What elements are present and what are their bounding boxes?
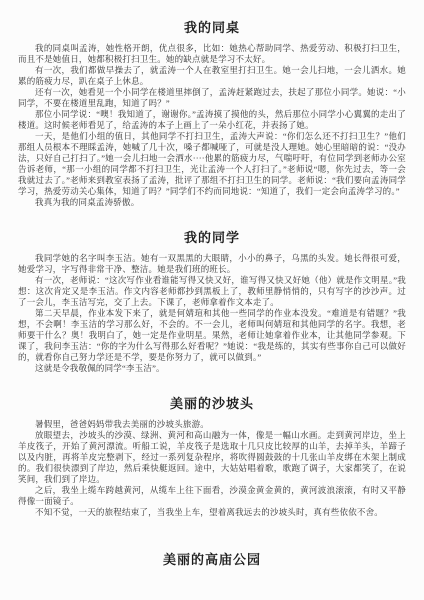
essay-title: 我的同学 [18, 230, 406, 246]
essay-title: 美丽的沙坡头 [18, 396, 406, 412]
essay-my-classmate: 我的同学 我同学她的名字叫李玉洁。她有一双黑黑的大眼睛，小小的鼻子，乌黑的头发。… [18, 230, 406, 374]
essay-paragraph: 那位小同学说：“噢！我知道了，谢谢你。”孟涛摸了摸他的头，然后那位小同学小心翼翼… [18, 109, 406, 131]
essay-paragraph: 这就是令我敬佩的同学“李玉洁”。 [18, 363, 406, 374]
essay-title: 我的同桌 [18, 20, 406, 36]
document-page: 我的同桌 我的同桌叫孟涛，她性格开朗，优点很多，比如：她热心帮助同学、热爱劳动、… [0, 0, 424, 600]
essay-paragraph: 之后，我坐上缆车跨越黄河，从缆车上往下面看，沙漠金黄金黄的，黄河波浪滚滚，有时又… [18, 485, 406, 507]
essay-paragraph: 第二天早晨，作业本发下来了，就是何婧瑄和其他一些同学的作业本没发。“难道是有错题… [18, 308, 406, 363]
essay-paragraph: 我同学她的名字叫李玉洁。她有一双黑黑的大眼睛，小小的鼻子，乌黑的头发。她长得很可… [18, 253, 406, 275]
essay-paragraph: 有一次，我们都做早操去了，就孟涛一个人在教室里打扫卫生。她一会儿扫地，一会儿洒水… [18, 65, 406, 87]
essay-beautiful-shapotou: 美丽的沙坡头 暑假里，爸爸妈妈带我去美丽的沙坡头旅游。 放眼望去，沙坡头的沙漠、… [18, 396, 406, 518]
essay-paragraph: 我真为我的同桌孟涛骄傲。 [18, 197, 406, 208]
essay-paragraph: 一天，是他们小组的值日，其他同学不打扫卫生，孟涛大声说：“你们怎么还不打扫卫生？… [18, 131, 406, 197]
essay-beautiful-gaomiao-park: 美丽的高庙公园 [18, 552, 406, 568]
essay-my-deskmate: 我的同桌 我的同桌叫孟涛，她性格开朗，优点很多，比如：她热心帮助同学、热爱劳动、… [18, 20, 406, 208]
essay-paragraph: 暑假里，爸爸妈妈带我去美丽的沙坡头旅游。 [18, 419, 406, 430]
essay-paragraph: 不知不觉，一天的旅程结束了，当我坐上车，望着离我远去的沙坡头时，真有些依依不舍。 [18, 507, 406, 518]
essay-paragraph: 放眼望去，沙坡头的沙漠、绿洲、黄河和高山融为一体，像是一幅山水画。走到黄河岸边，… [18, 430, 406, 485]
essay-paragraph: 还有一次，她看见一个小同学在楼道里摔倒了，孟涛赶紧跑过去，扶起了那位小同学。她说… [18, 87, 406, 109]
essay-paragraph: 有一次，老师说：“这次写作业看谁能写得又快又好，谁写得又快又好她（他）就是作文明… [18, 275, 406, 308]
document-page-body: { "document": { "essays": [ { "title": "… [0, 0, 424, 600]
essay-paragraph: 我的同桌叫孟涛，她性格开朗，优点很多，比如：她热心帮助同学、热爱劳动、积极打扫卫… [18, 43, 406, 65]
essay-title: 美丽的高庙公园 [18, 552, 406, 568]
